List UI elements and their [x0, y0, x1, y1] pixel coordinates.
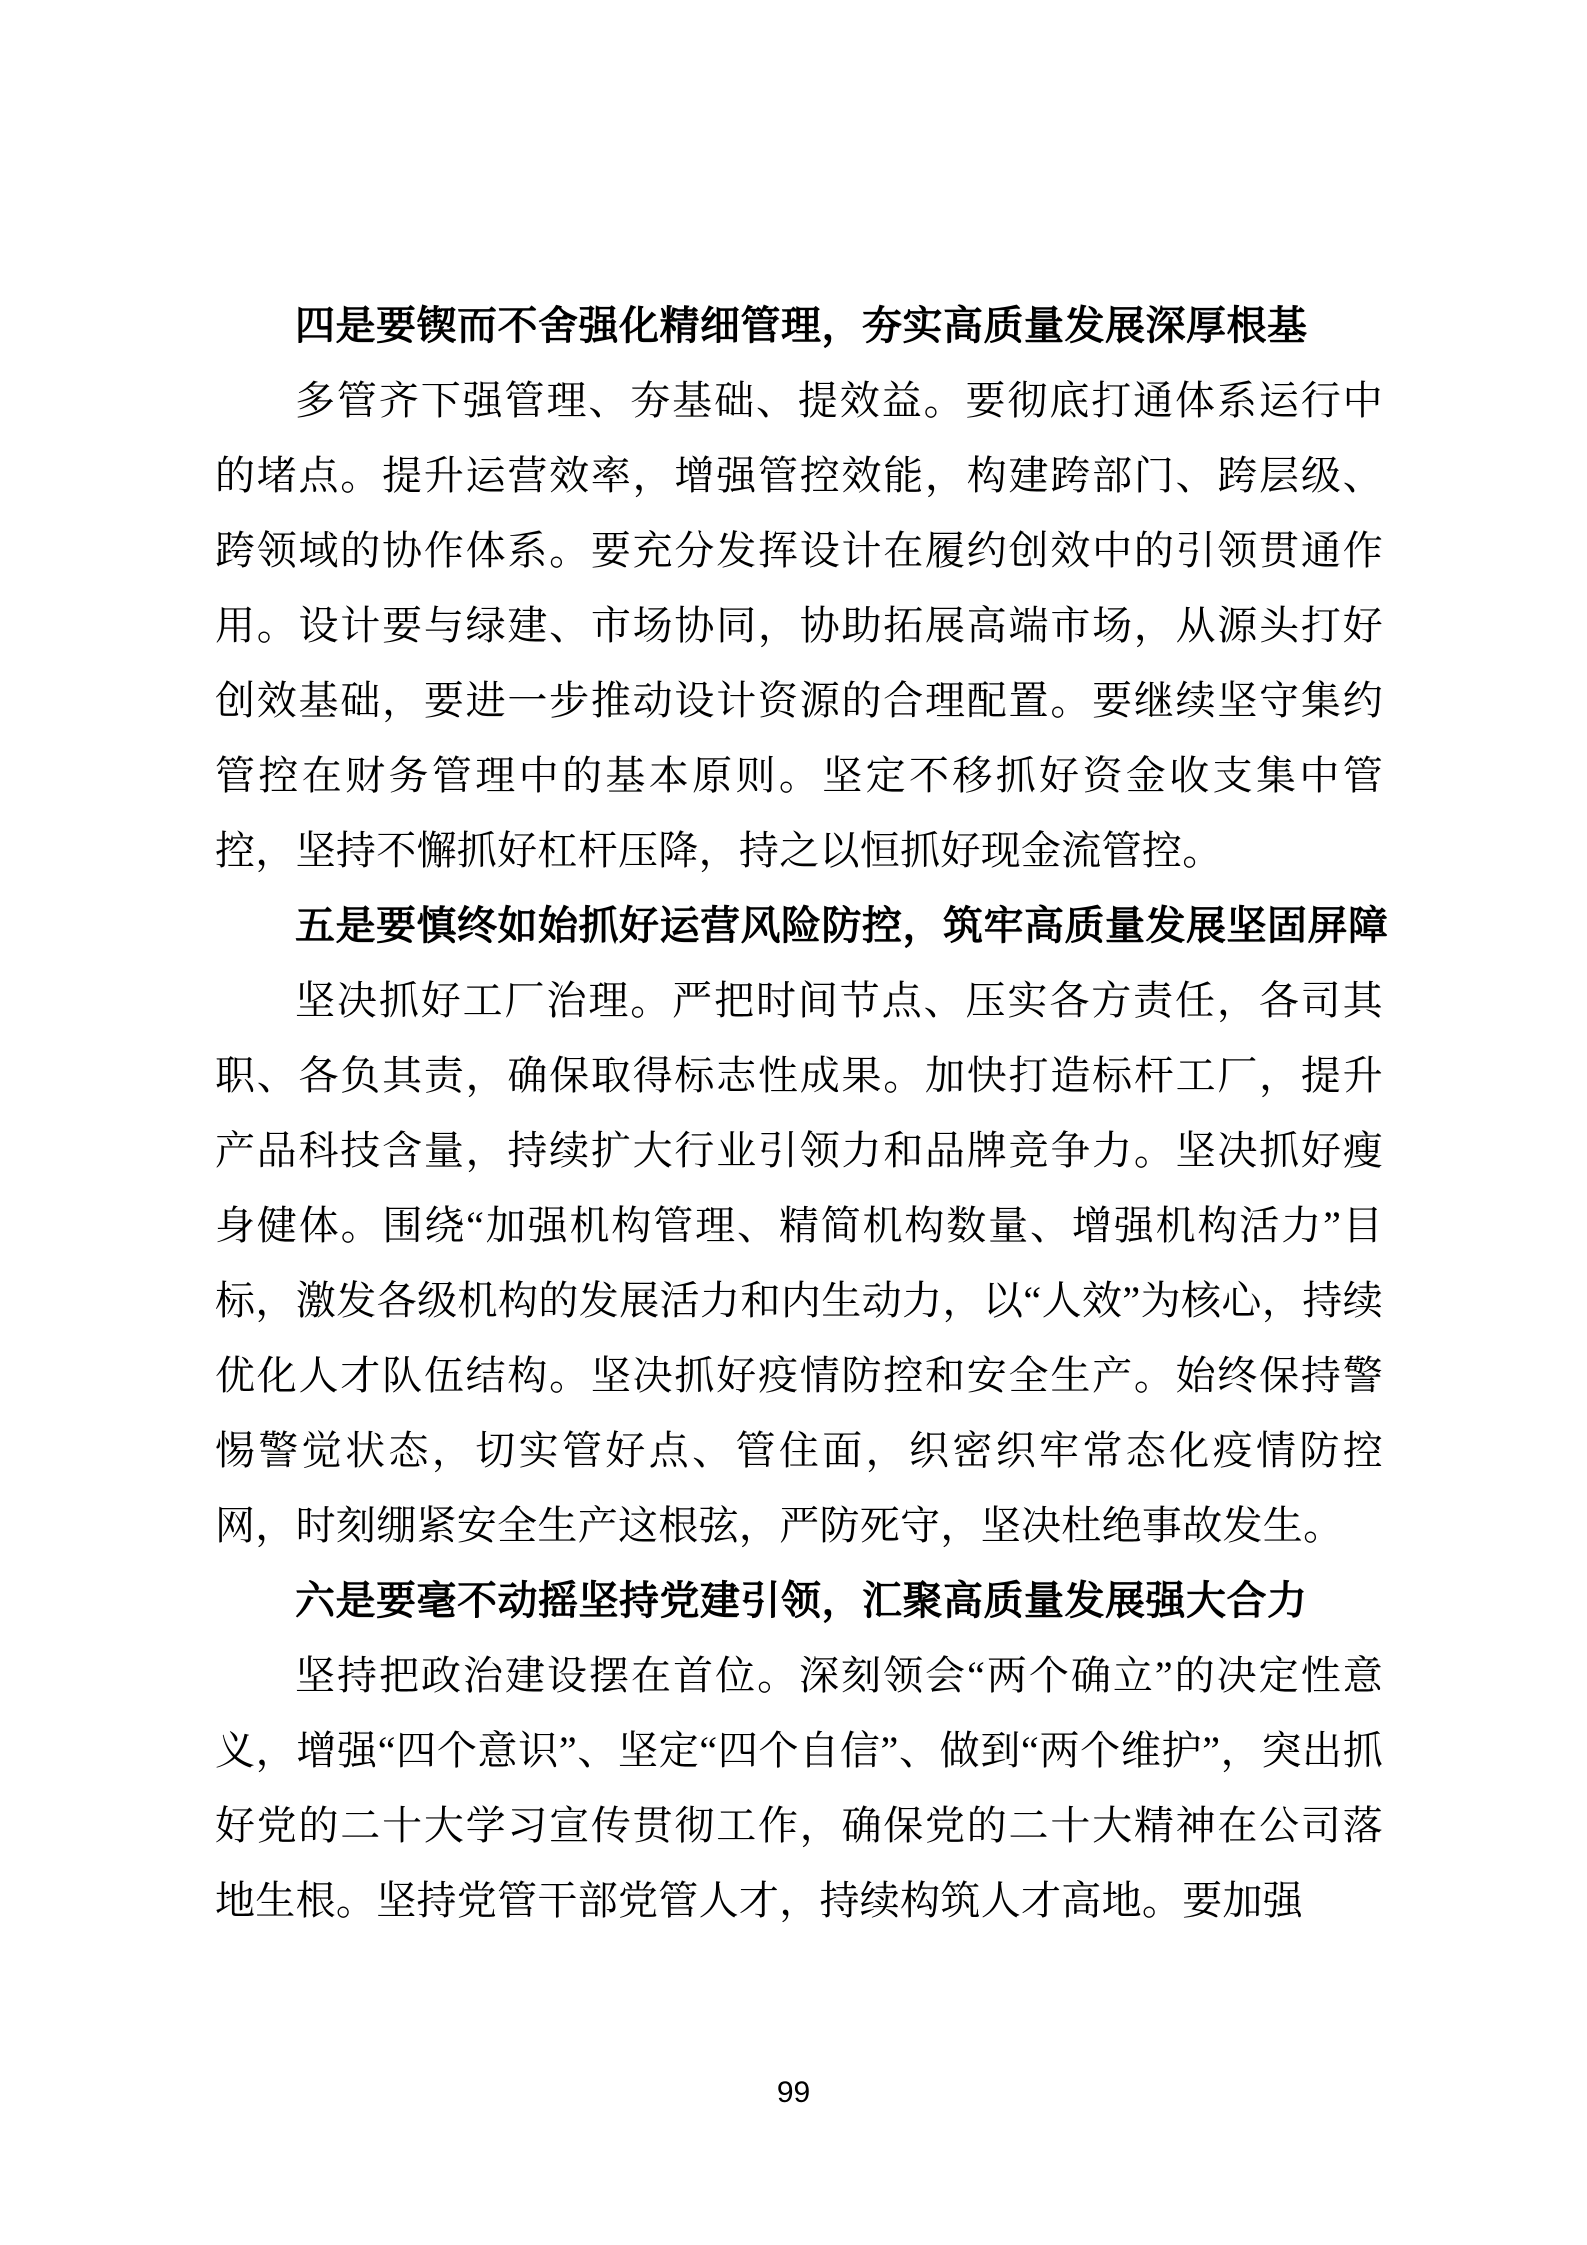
section-heading-six: 六是要毫不动摇坚持党建引领，汇聚高质量发展强大合力: [215, 1563, 1383, 1638]
page-number: 99: [0, 2075, 1587, 2111]
section-paragraph-six: 坚持把政治建设摆在首位。深刻领会“两个确立”的决定性意义，增强“四个意识”、坚定…: [215, 1638, 1383, 1938]
section-paragraph-five: 坚决抓好工厂治理。严把时间节点、压实各方责任，各司其职、各负其责，确保取得标志性…: [215, 963, 1383, 1563]
section-paragraph-four: 多管齐下强管理、夯基础、提效益。要彻底打通体系运行中的堵点。提升运营效率，增强管…: [215, 363, 1383, 888]
document-page: 四是要锲而不舍强化精细管理，夯实高质量发展深厚根基 多管齐下强管理、夯基础、提效…: [0, 0, 1587, 2245]
document-body: 四是要锲而不舍强化精细管理，夯实高质量发展深厚根基 多管齐下强管理、夯基础、提效…: [215, 288, 1383, 1938]
section-heading-five: 五是要慎终如始抓好运营风险防控，筑牢高质量发展坚固屏障: [215, 888, 1383, 963]
section-heading-four: 四是要锲而不舍强化精细管理，夯实高质量发展深厚根基: [215, 288, 1383, 363]
